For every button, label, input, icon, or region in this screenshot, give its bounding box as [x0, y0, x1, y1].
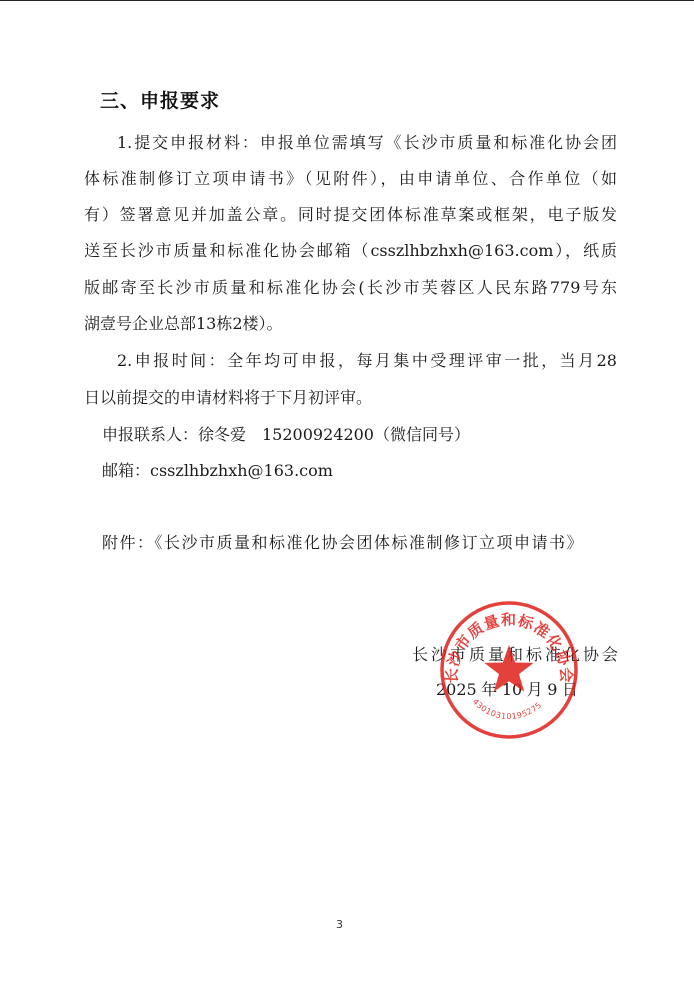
item1-line-4: 送至长沙市质量和标准化协会邮箱（csszlhbzhxh@163.com），纸质 — [84, 241, 617, 261]
section-heading: 三、申报要求 — [100, 86, 220, 113]
item1-line-6: 湖壹号企业总部13栋2楼）。 — [84, 314, 283, 334]
item1-line-3: 有）签署意见并加盖公章。同时提交团体标准草案或框架，电子版发 — [84, 205, 617, 225]
attachment-note: 附件：《长沙市质量和标准化协会团体标准制修订立项申请书》 — [102, 533, 584, 553]
official-seal-stamp: 长沙市质量和标准化协会 43010310195275 — [438, 599, 580, 741]
svg-text:43010310195275: 43010310195275 — [471, 697, 544, 721]
item2-line-1: 2.申报时间：全年均可申报，每月集中受理评审一批，当月28 — [117, 351, 617, 371]
stamp-code: 43010310195275 — [471, 697, 544, 721]
item2-line-2: 日以前提交的申请材料将于下月初评审。 — [84, 388, 372, 408]
item1-line-1: 1.提交申报材料：申报单位需填写《长沙市质量和标准化协会团 — [117, 133, 617, 153]
signature-organization: 长沙市质量和标准化协会 — [412, 642, 618, 665]
page-number: 3 — [336, 918, 343, 931]
contact-person: 申报联系人：徐冬爱 15200924200（微信同号） — [102, 425, 470, 445]
item1-line-2: 体标准制修订立项申请书》（见附件），由申请单位、合作单位（如 — [84, 169, 617, 189]
contact-email: 邮箱：csszlhbzhxh@163.com — [102, 461, 333, 481]
document-page: 三、申报要求 1.提交申报材料：申报单位需填写《长沙市质量和标准化协会团 体标准… — [0, 0, 694, 983]
item1-line-5: 版邮寄至长沙市质量和标准化协会(长沙市芙蓉区人民东路779号东 — [84, 278, 617, 298]
signature-date: 2025年10月9日 — [436, 677, 578, 700]
